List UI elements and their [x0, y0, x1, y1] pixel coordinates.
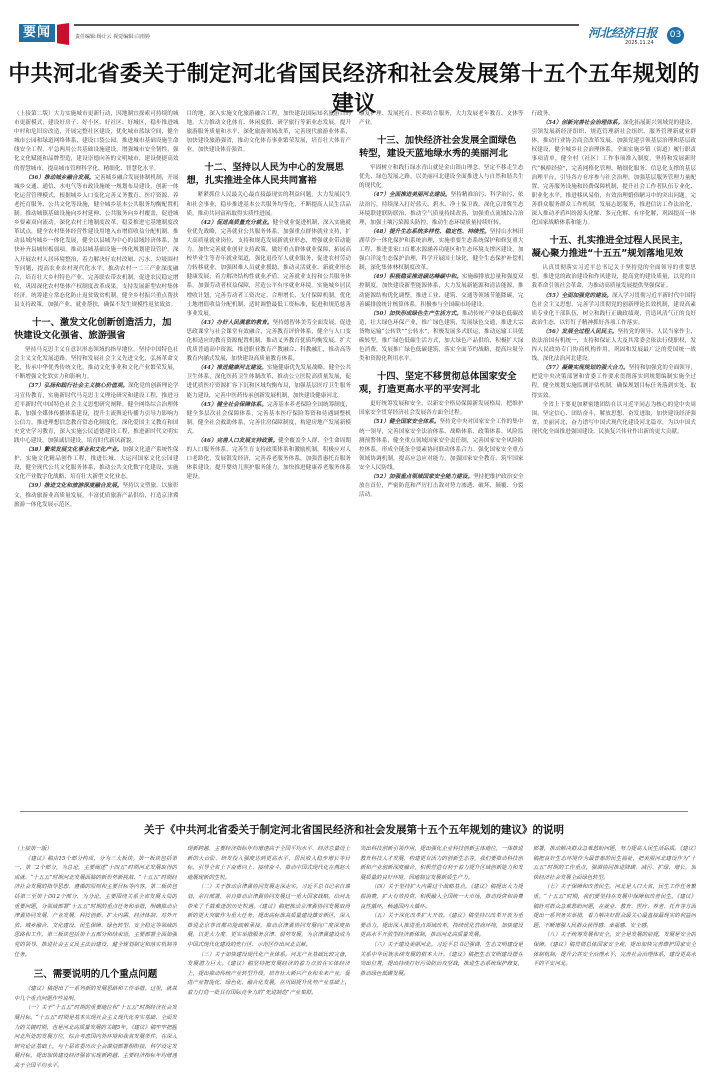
paragraph: （52）加强重点领域国家安全能力建设。坚持把维护政治安全放在首位，严密防范和严厉…	[359, 473, 524, 500]
paragraph: （46）完善人口发展支持政策。健全覆盖全人群、全生命周期的人口服务体系，完善生育…	[187, 437, 352, 482]
paragraph-text: （二）关于推动京津冀协同发展走深走实。习近平总书记亲自谋划、亲自部署、亲自推动京…	[187, 884, 350, 948]
paragraph-text: 推动传统产业绿色低碳改造，壮大绿色环保产业，推广绿色建筑，发展绿色交通，推进大宗…	[359, 311, 524, 362]
paragraph-text: （七）关于保障和改善民生。河北是人口大省，民生工作任务繁重。“十五五”时期，我们…	[533, 884, 696, 928]
paragraph-lead: （48）提升生态系统多样性、稳定性、持续性。	[370, 229, 490, 235]
paragraph: （45）健全社会保障体系。完善基本养老保险全国统筹制度，健全多层次社会保障体系，…	[187, 401, 352, 437]
paragraph-text: （三）关于加快建设现代化产业体系。河北产业基础比较完备，发展潜力巨大。《建议》稿…	[187, 952, 350, 996]
paragraph-text: 深化拓展新兴领域党的建设，引领发展新经济组织、规范管理新社会组织、服务管理新就业…	[532, 120, 697, 226]
section-heading: 十一、激发文化创新创造活力，加快建设文化强省、旅游强省	[14, 316, 179, 342]
paragraph-text: （六）关于建设美丽河北。习近平总书记强调，生态文明建设是关系中华民族永续发展的根…	[360, 942, 523, 977]
paragraph: （四）关于坚持扩大内需这个战略基点。《建议》稿提出大力提振消费，扩大有效投资，积…	[360, 883, 523, 912]
paragraph: （56）发展全过程人民民主。坚持党的领导、人民当家作主、依法治国有机统一，支持和…	[532, 328, 697, 364]
paragraph-lead: （36）推动城乡融合发展。	[25, 175, 94, 181]
paragraph: （38）繁荣发展文化事业和文化产业。加强文化遗产系统性保护，实施文化精品创作工程…	[14, 446, 179, 482]
explanation-column-1: （上接第一版）《建议》稿由15个部分构成，分为三大板块。第一板块包括第一、第二2…	[14, 845, 177, 1085]
paragraph: 《建议》稿由15个部分构成，分为三大板块。第一板块包括第一、第二2个部分，为总论…	[14, 855, 177, 961]
paragraph: 目的地，深入实施文化旅游融合工程，加快建设国际知名旅游目的地。大力推动文化体育、…	[187, 110, 352, 155]
paragraph-text: 《建议》稿由15个部分构成，分为三大板块。第一板块包括第一、第二2个部分，为总论…	[14, 856, 177, 958]
section-divider	[20, 811, 688, 812]
paragraph-text: 健全就业促进机制，深入实施就业优先战略，完善就业公共服务体系，加强重点群体就业支…	[187, 220, 352, 317]
section-heading: 三、需要说明的几个重点问题	[14, 966, 177, 980]
paragraph: 现新跨越、主要经济指标年均增速高于全国平均水平、经济总量迈上新的大台阶、研发投入…	[187, 845, 350, 883]
paragraph-text: （四）关于坚持扩大内需这个战略基点。《建议》稿提出大力提振消费，扩大有效投资，积…	[360, 884, 523, 909]
article-column-3: 康复护理、发展托育、医养结合服务，大力发展老年教育、文体等产业。十三、加快经济社…	[359, 110, 524, 800]
paragraph: 康复护理、发展托育、医养结合服务，大力发展老年教育、文体等产业。	[359, 110, 524, 128]
paragraph: 认真贯彻落实习近平总书记关于坚持党的全面领导的重要思想，推进党的政治建设和作风建…	[532, 264, 697, 291]
paragraph: （42）促进高质量充分就业。健全就业促进机制，深入实施就业优先战略，完善就业公共…	[187, 219, 352, 319]
paragraph-text: 突出科技创新引领作用，提出强化企业科技创新主体地位，一体推进教育科技人才发展，构…	[360, 846, 523, 881]
explanation-column-2: 现新跨越、主要经济指标年均增速高于全国平均水平、经济总量迈上新的大台阶、研发投入…	[187, 845, 350, 1085]
flag-icon	[57, 23, 69, 45]
paragraph-text: 健全覆盖全人群、全生命周期的人口服务体系，完善生育支持政策体系和激励机制，积极应…	[187, 438, 352, 480]
paragraph-text: 康复护理、发展托育、医养结合服务，大力发展老年教育、文体等产业。	[359, 111, 524, 126]
paragraph-lead: （55）全面加强党的建设。	[543, 293, 612, 299]
paragraph-lead: （42）促进高质量充分就业。	[198, 220, 273, 226]
paragraph: （六）关于建设美丽河北。习近平总书记强调，生态文明建设是关系中华民族永续发展的根…	[360, 941, 523, 979]
paragraph-text: 坚持德智体美劳全面发展，促进思政课堂与社会课堂有效融合，完善教育评价体系，健全与…	[187, 320, 352, 362]
paragraph: （47）全面推进美丽河北建设。坚持精准治污、科学治污、依法治污，持续深入打好蓝天…	[359, 191, 524, 227]
paragraph: （一）关于“十五五”时期的重要地位和“十五五”时期经济社会发展目标。“十五五”时…	[14, 1004, 177, 1071]
paragraph: （51）健全国家安全体系。坚持党中央对国家安全工作的集中统一领导，完善国家安全法…	[359, 418, 524, 473]
paragraph: （七）关于保障和改善民生。河北是人口大省，民生工作任务繁重。“十五五”时期，我们…	[533, 883, 696, 931]
section-tag: 要闻	[19, 24, 55, 42]
paragraph-lead: （57）凝聚实现规划的强大合力。	[543, 365, 629, 371]
paragraph-lead: （51）健全国家安全体系。	[370, 419, 439, 425]
paragraph-lead: （49）积极稳妥推进碳达峰碳中和。	[370, 274, 462, 280]
article-column-1: （上接第二版）大力实施城市更新行动，因地制宜探索可持续的城市更新模式，建设好房子…	[14, 110, 179, 800]
paragraph: 坚持马克思主义在意识形态领域的指导地位，坚持中国特色社会主义文化发展道路，坚持和…	[14, 346, 179, 382]
paragraph: （三）关于加快建设现代化产业体系。河北产业基础比较完备，发展潜力巨大。《建议》稿…	[187, 951, 350, 999]
paragraph-text: 更好统筹发展和安全，以新安全格局保障新发展格局，把维护国家安全贯穿经济社会发展各…	[359, 401, 524, 416]
paragraph-text: 紧紧抓住人民最关心最直接最现实的利益问题，大力发展民生和社会事业，稳步推进基本公…	[187, 192, 352, 216]
paragraph: 牢固树立和践行绿水青山就是金山银山理念，坚定不移走生态优先、绿色发展之路，以美丽…	[359, 164, 524, 191]
paragraph-text: 认真贯彻落实习近平总书记关于坚持党的全面领导的重要思想，推进党的政治建设和作风建…	[532, 265, 697, 289]
paragraph: （37）弘扬和践行社会主义核心价值观。深化党的创新理论学习宣传教育，实施新时代马…	[14, 382, 179, 446]
paragraph-text: 坚持党中央对国家安全工作的集中统一领导，完善国家安全法治体系、战略体系、政策体系…	[359, 419, 524, 470]
paragraph-lead: （43）办好人民满意的教育。	[198, 320, 273, 326]
paragraph-text: 《建议》稿提出了一系列新的发展思路和工作举措。这里，就其中几个重点问题作些说明。	[14, 986, 177, 1002]
paragraph-lead: （45）健全社会保障体系。	[198, 402, 267, 408]
paragraph: （二）关于推动京津冀协同发展走深走实。习近平总书记亲自谋划、亲自部署、亲自推动京…	[187, 883, 350, 950]
paragraph-text: （上接第一版）	[14, 846, 52, 852]
paragraph: （49）积极稳妥推进碳达峰碳中和。实施碳排放总量和强度双控制度，加快建设新型能源…	[359, 273, 524, 309]
paragraph: （39）推进文化和旅游深度融合发展。坚持以文塑旅、以旅彰文，推动旅游业高质量发展…	[14, 482, 179, 509]
section-heading: 十二、坚持以人民为中心的发展思想，扎实推进全体人民共同富裕	[187, 161, 352, 187]
article-column-2: 目的地，深入实施文化旅游融合工程，加快建设国际知名旅游目的地。大力推动文化体育、…	[187, 110, 352, 800]
paragraph-text: （八）关于统筹发展和安全。安全是发展的前提，发展是安全的保障。《建议》稿贯彻总体…	[533, 932, 696, 967]
paragraph: （上接第二版）大力实施城市更新行动，因地制宜探索可持续的城市更新模式，建设好房子…	[14, 110, 179, 174]
paragraph-text: 全省上下要更加紧密地团结在以习近平同志为核心的党中央周围，坚定信心、团结奋斗，解…	[532, 402, 697, 435]
paragraph: （55）全面加强党的建设。深入学习贯彻习近平新时代中国特色社会主义思想，完善学习…	[532, 292, 697, 328]
page-number-badge: 03	[667, 27, 684, 44]
paragraph: （50）加快形成绿色生产生活方式。推动传统产业绿色低碳改造，壮大绿色环保产业，推…	[359, 310, 524, 365]
paragraph-text: 完善城乡融合发展体制机制，开展城乡交通、通信、水电气等市政设施统一规划布局建设，…	[14, 175, 179, 308]
explanation-body: （上接第一版）《建议》稿由15个部分构成，分为三大板块。第一板块包括第一、第二2…	[14, 845, 696, 1085]
paragraph-text: 现新跨越、主要经济指标年均增速高于全国平均水平、经济总量迈上新的大台阶、研发投入…	[187, 846, 350, 881]
paragraph-text: （一）关于“十五五”时期的重要地位和“十五五”时期经济社会发展目标。“十五五”时…	[14, 1005, 177, 1069]
header-rule	[74, 24, 579, 26]
paragraph-text: 深化党的创新理论学习宣传教育，实施新时代马克思主义理论研究和建设工程，推进习近平…	[14, 383, 179, 444]
paragraph-lead: （44）推进健康河北建设。	[198, 365, 267, 371]
paragraph: （五）关于深化改革扩大开放。《建议》稿坚持以改革开放为重要动力，提出深入推进重点…	[360, 912, 523, 941]
paragraph-lead: （50）加快形成绿色生产生活方式。	[370, 311, 462, 317]
explanation-column-4: 部署，推动解决群众急难愁盼问题，努力提高人民生活品质。《建议》稿把良好生态环境作…	[533, 845, 696, 1085]
paragraph-lead: （52）加强重点领域国家安全能力建设。	[370, 474, 473, 480]
section-heading: 十五、扎实推进全过程人民民主，凝心聚力推进“十五五”规划落地见效	[532, 234, 697, 260]
paragraph: （上接第一版）	[14, 845, 177, 855]
paragraph: 全省上下要更加紧密地团结在以习近平同志为核心的党中央周围，坚定信心、团结奋斗，解…	[532, 401, 697, 437]
paragraph-lead: （54）创新完善社会治理体系。	[543, 120, 624, 126]
paragraph-text: 部署，推动解决群众急难愁盼问题，努力提高人民生活品质。《建议》稿把良好生态环境作…	[533, 846, 696, 881]
section-heading: 十三、加快经济社会发展全面绿色转型，建设天蓝地绿水秀的美丽河北	[359, 134, 524, 160]
issue-date: 2025.11.24	[625, 40, 654, 46]
paragraph-text: （五）关于深化改革扩大开放。《建议》稿坚持以改革开放为重要动力，提出深入推进重点…	[360, 913, 523, 938]
paragraph: （八）关于统筹发展和安全。安全是发展的前提，发展是安全的保障。《建议》稿贯彻总体…	[533, 931, 696, 969]
article-column-4: 行政务。（54）创新完善社会治理体系。深化拓展新兴领域党的建设，引领发展新经济组…	[532, 110, 697, 800]
paragraph: 更好统筹发展和安全，以新安全格局保障新发展格局，把维护国家安全贯穿经济社会发展各…	[359, 400, 524, 418]
paragraph-text: 行政务。	[532, 111, 554, 117]
masthead: 要闻 责任编辑:杨计云 视觉编辑:白雨婷 河北经济日报 2025.11.24 0…	[0, 0, 708, 48]
paragraph: （54）创新完善社会治理体系。深化拓展新兴领域党的建设，引领发展新经济组织、规范…	[532, 119, 697, 228]
paragraph: （57）凝聚实现规划的强大合力。坚持和加强党的全面领导，把党中央决策部署和省委工…	[532, 364, 697, 400]
article-body: （上接第二版）大力实施城市更新行动，因地制宜探索可持续的城市更新模式，建设好房子…	[14, 110, 696, 800]
paragraph-text: 牢固树立和践行绿水青山就是金山银山理念，坚定不移走生态优先、绿色发展之路，以美丽…	[359, 165, 524, 189]
newspaper-logo: 河北经济日报	[588, 24, 657, 41]
paragraph: 部署，推动解决群众急难愁盼问题，努力提高人民生活品质。《建议》稿把良好生态环境作…	[533, 845, 696, 883]
paragraph-text: 目的地，深入实施文化旅游融合工程，加快建设国际知名旅游目的地。大力推动文化体育、…	[187, 111, 352, 153]
paragraph-lead: （46）完善人口发展支持政策。	[198, 438, 279, 444]
paragraph-lead: （39）推进文化和旅游深度融合发展。	[25, 483, 122, 489]
paragraph: （36）推动城乡融合发展。完善城乡融合发展体制机制，开展城乡交通、通信、水电气等…	[14, 174, 179, 310]
paragraph-text: 坚持山水林田湖草沙一体化保护和系统治理，实施重要生态系统保护和修复重大工程，推进…	[359, 229, 524, 271]
explanation-column-3: 突出科技创新引领作用，提出强化企业科技创新主体地位，一体推进教育科技人才发展，构…	[360, 845, 523, 1085]
paragraph: 突出科技创新引领作用，提出强化企业科技创新主体地位，一体推进教育科技人才发展，构…	[360, 845, 523, 883]
section-heading: 十四、坚定不移贯彻总体国家安全观，打造更高水平的平安河北	[359, 370, 524, 396]
editors-credit: 责任编辑:杨计云 视觉编辑:白雨婷	[75, 33, 150, 40]
paragraph-lead: （37）弘扬和践行社会主义核心价值观。	[25, 383, 128, 389]
explanation-title: 关于《中共河北省委关于制定河北省国民经济和社会发展第十五个五年规划的建议》的说明	[0, 822, 708, 837]
paragraph-text: （上接第二版）大力实施城市更新行动，因地制宜探索可持续的城市更新模式，建设好房子…	[14, 111, 179, 172]
paragraph: 紧紧抓住人民最关心最直接最现实的利益问题，大力发展民生和社会事业，稳步推进基本公…	[187, 191, 352, 218]
paragraph-text: 坚持马克思主义在意识形态领域的指导地位，坚持中国特色社会主义文化发展道路，坚持和…	[14, 347, 179, 380]
paragraph: 行政务。	[532, 110, 697, 119]
paragraph-lead: （47）全面推进美丽河北建设。	[370, 192, 451, 198]
paragraph: （48）提升生态系统多样性、稳定性、持续性。坚持山水林田湖草沙一体化保护和系统治…	[359, 228, 524, 273]
paragraph-lead: （38）繁荣发展文化事业和文化产业。	[25, 447, 122, 453]
paragraph: （44）推进健康河北建设。实施健康优先发展战略，健全公共卫生体系，深化医药卫生体…	[187, 364, 352, 400]
paragraph: 《建议》稿提出了一系列新的发展思路和工作举措。这里，就其中几个重点问题作些说明。	[14, 985, 177, 1004]
paragraph-lead: （56）发展全过程人民民主。	[543, 329, 618, 335]
paragraph: （43）办好人民满意的教育。坚持德智体美劳全面发展，促进思政课堂与社会课堂有效融…	[187, 319, 352, 364]
